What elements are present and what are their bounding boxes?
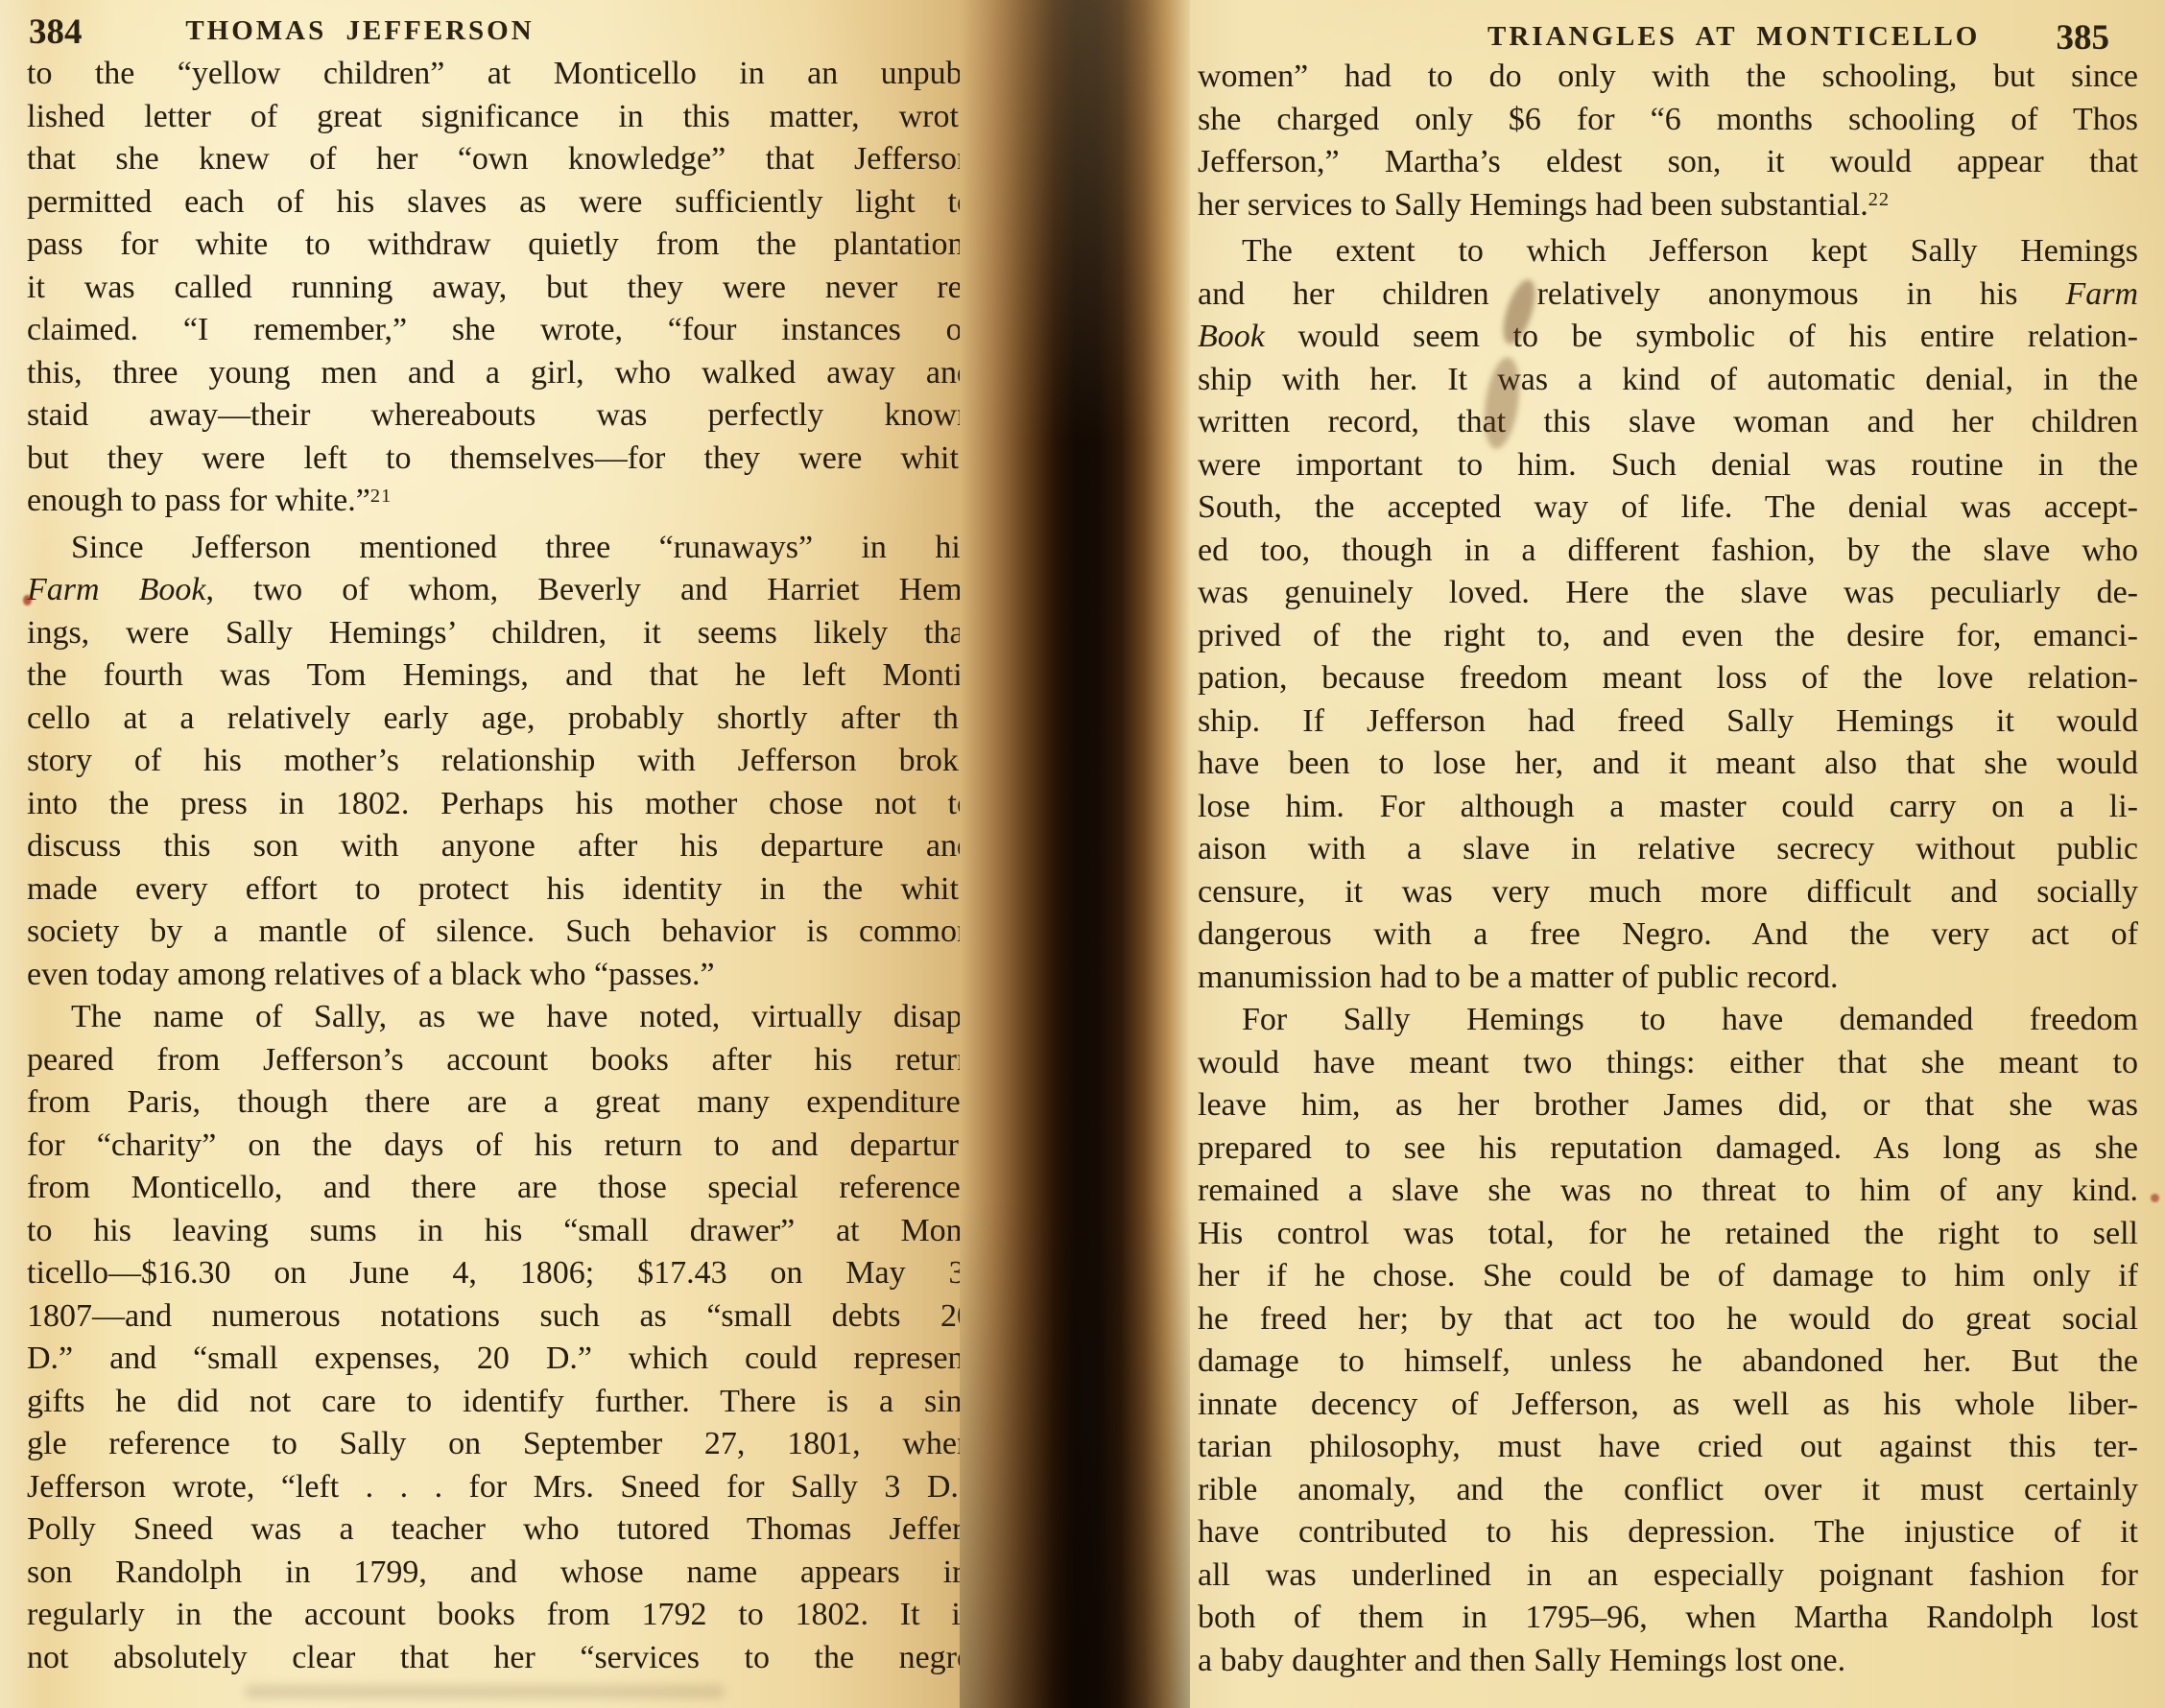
text-line: Since Jefferson mentioned three “runaway… — [27, 527, 973, 570]
text-line: innate decency of Jefferson, as well as … — [1198, 1384, 2138, 1427]
text-line: her if he chose. She could be of damage … — [1198, 1255, 2138, 1298]
text-line: ticello—$16.30 on June 4, 1806; $17.43 o… — [27, 1252, 973, 1295]
text-line: lose him. For although a master could ca… — [1198, 786, 2138, 829]
text-line: damage to himself, unless he abandoned h… — [1198, 1340, 2138, 1384]
paragraph: Since Jefferson mentioned three “runaway… — [27, 527, 973, 997]
text-line: ed too, though in a different fashion, b… — [1198, 530, 2138, 573]
text-line: but they were left to themselves—for the… — [27, 438, 973, 481]
text-line: enough to pass for white.”21 — [27, 480, 973, 527]
paper-speck — [2151, 1194, 2159, 1202]
page-385: TRIANGLES AT MONTICELLO 385 women” had t… — [1190, 0, 2165, 1708]
text-line: Polly Sneed was a teacher who tutored Th… — [27, 1508, 973, 1552]
paper-speck — [23, 595, 32, 605]
text-line: pation, because freedom meant loss of th… — [1198, 657, 2138, 700]
text-line: regularly in the account books from 1792… — [27, 1594, 973, 1637]
text-line: remained a slave she was no threat to hi… — [1198, 1170, 2138, 1213]
text-line: and her children relatively anonymous in… — [1198, 273, 2138, 317]
text-line: Jefferson,” Martha’s eldest son, it woul… — [1198, 141, 2138, 184]
paragraph: The name of Sally, as we have noted, vir… — [27, 996, 973, 1679]
text-line: The name of Sally, as we have noted, vir… — [27, 996, 973, 1039]
text-line: would have meant two things: either that… — [1198, 1042, 2138, 1085]
text-line: she charged only $6 for “6 months school… — [1198, 99, 2138, 142]
page-number: 384 — [29, 12, 83, 53]
text-line: 1807—and numerous notations such as “sma… — [27, 1295, 973, 1339]
paragraph: women” had to do only with the schooling… — [1198, 56, 2138, 230]
text-line: from Paris, though there are a great man… — [27, 1081, 973, 1125]
paragraph: to the “yellow children” at Monticello i… — [27, 53, 973, 527]
text-line: for “charity” on the days of his return … — [27, 1125, 973, 1168]
page-385-body: women” had to do only with the schooling… — [1198, 56, 2138, 1682]
text-line: peared from Jefferson’s account books af… — [27, 1039, 973, 1082]
text-line: claimed. “I remember,” she wrote, “four … — [27, 309, 973, 352]
text-line: son Randolph in 1799, and whose name app… — [27, 1552, 973, 1595]
text-line: prived of the right to, and even the des… — [1198, 615, 2138, 658]
text-line: into the press in 1802. Perhaps his moth… — [27, 783, 973, 826]
book-spread: 384 THOMAS JEFFERSON to the “yellow chil… — [0, 0, 2165, 1708]
text-line: her services to Sally Hemings had been s… — [1198, 184, 2138, 231]
running-head: THOMAS JEFFERSON — [158, 15, 561, 47]
text-line: leave him, as her brother James did, or … — [1198, 1084, 2138, 1127]
text-line: not absolutely clear that her “services … — [27, 1637, 973, 1680]
text-line: this, three young men and a girl, who wa… — [27, 352, 973, 395]
text-line: rible anomaly, and the conflict over it … — [1198, 1469, 2138, 1512]
text-line: both of them in 1795–96, when Martha Ran… — [1198, 1597, 2138, 1640]
text-line: South, the accepted way of life. The den… — [1198, 486, 2138, 530]
page-384-body: to the “yellow children” at Monticello i… — [27, 53, 973, 1679]
text-line: even today among relatives of a black wh… — [27, 954, 973, 997]
text-line: censure, it was very much more difficult… — [1198, 871, 2138, 914]
show-through-smudge — [245, 1685, 725, 1698]
paragraph: For Sally Hemings to have demanded freed… — [1198, 999, 2138, 1682]
text-line: For Sally Hemings to have demanded freed… — [1198, 999, 2138, 1042]
text-line: Farm Book, two of whom, Beverly and Harr… — [27, 569, 973, 612]
text-line: was genuinely loved. Here the slave was … — [1198, 572, 2138, 615]
text-line: he freed her; by that act too he would d… — [1198, 1298, 2138, 1341]
text-line: have been to lose her, and it meant also… — [1198, 743, 2138, 786]
text-line: from Monticello, and there are those spe… — [27, 1167, 973, 1210]
text-line: tarian philosophy, must have cried out a… — [1198, 1426, 2138, 1469]
running-head: TRIANGLES AT MONTICELLO — [1487, 21, 1891, 53]
text-line: manumission had to be a matter of public… — [1198, 957, 2138, 1000]
text-line: the fourth was Tom Hemings, and that he … — [27, 654, 973, 698]
text-line: discuss this son with anyone after his d… — [27, 825, 973, 868]
text-line: to the “yellow children” at Monticello i… — [27, 53, 973, 96]
text-line: all was underlined in an especially poig… — [1198, 1554, 2138, 1598]
text-line: were important to him. Such denial was r… — [1198, 444, 2138, 487]
text-line: made every effort to protect his identit… — [27, 868, 973, 912]
text-line: a baby daughter and then Sally Hemings l… — [1198, 1640, 2138, 1683]
text-line: it was called running away, but they wer… — [27, 267, 973, 310]
text-line: lished letter of great significance in t… — [27, 96, 973, 139]
text-line: that she knew of her “own knowledge” tha… — [27, 138, 973, 181]
text-line: Book would seem to be symbolic of his en… — [1198, 316, 2138, 359]
text-line: women” had to do only with the schooling… — [1198, 56, 2138, 99]
text-line: staid away—their whereabouts was perfect… — [27, 394, 973, 438]
text-line: to his leaving sums in his “small drawer… — [27, 1210, 973, 1253]
text-line: gifts he did not care to identify furthe… — [27, 1381, 973, 1424]
page-384: 384 THOMAS JEFFERSON to the “yellow chil… — [0, 0, 960, 1708]
text-line: ings, were Sally Hemings’ children, it s… — [27, 612, 973, 655]
text-line: aison with a slave in relative secrecy w… — [1198, 828, 2138, 871]
text-line: cello at a relatively early age, probabl… — [27, 698, 973, 741]
text-line: written record, that this slave woman an… — [1198, 401, 2138, 444]
text-line: The extent to which Jefferson kept Sally… — [1198, 230, 2138, 273]
text-line: gle reference to Sally on September 27, … — [27, 1423, 973, 1466]
text-line: prepared to see his reputation damaged. … — [1198, 1127, 2138, 1171]
text-line: story of his mother’s relationship with … — [27, 740, 973, 783]
text-line: permitted each of his slaves as were suf… — [27, 181, 973, 225]
paragraph: The extent to which Jefferson kept Sally… — [1198, 230, 2138, 999]
text-line: society by a mantle of silence. Such beh… — [27, 911, 973, 954]
text-line: D.” and “small expenses, 20 D.” which co… — [27, 1338, 973, 1381]
text-line: His control was total, for he retained t… — [1198, 1213, 2138, 1256]
book-gutter-shadow — [960, 0, 1190, 1708]
text-line: have contributed to his depression. The … — [1198, 1511, 2138, 1554]
text-line: Jefferson wrote, “left . . . for Mrs. Sn… — [27, 1466, 973, 1509]
text-line: dangerous with a free Negro. And the ver… — [1198, 913, 2138, 957]
text-line: pass for white to withdraw quietly from … — [27, 224, 973, 267]
text-line: ship with her. It was a kind of automati… — [1198, 359, 2138, 402]
page-number: 385 — [2057, 17, 2110, 59]
text-line: ship. If Jefferson had freed Sally Hemin… — [1198, 700, 2138, 744]
